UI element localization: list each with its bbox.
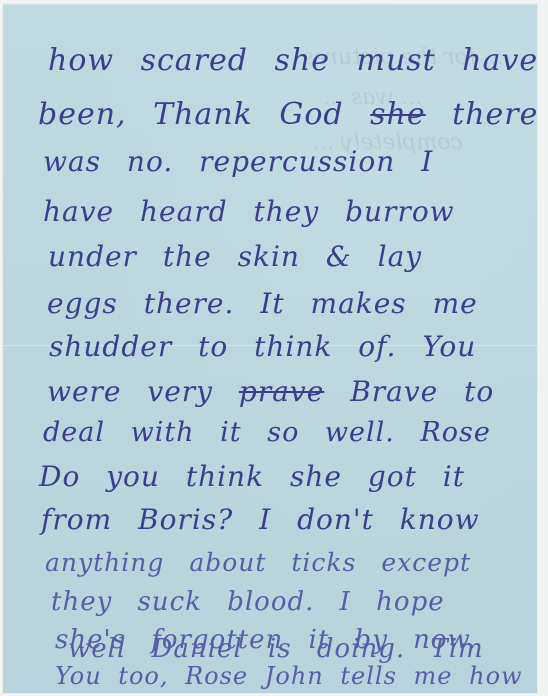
letter-page: ... for the pictures ... was ... complet… <box>3 4 537 693</box>
line-text: deal with it so well. Rose <box>43 417 491 448</box>
letter-line-16: well Daniel is doing. Tim <box>68 634 484 664</box>
letter-line-12: anything about ticks except <box>45 548 471 577</box>
line-text: under the skin & lay <box>48 240 422 273</box>
line-text: they suck blood. I hope <box>51 587 445 617</box>
letter-line-2: been, Thank God she there <box>38 97 538 132</box>
crossed-out-word: she <box>370 97 425 132</box>
letter-line-15: You too, Rose John tells me how <box>55 662 523 690</box>
line-text: from Boris? I don't know <box>41 503 480 536</box>
letter-line-4: have heard they burrow <box>43 195 455 228</box>
letter-line-1: how scared she must have <box>48 43 538 78</box>
letter-line-13: they suck blood. I hope <box>51 587 445 617</box>
line-text: shudder to think of. You <box>49 330 476 363</box>
letter-line-6: eggs there. It makes me <box>47 287 478 320</box>
line-text: well Daniel is doing. Tim <box>68 634 484 664</box>
letter-line-5: under the skin & lay <box>48 240 422 273</box>
line-text: anything about ticks except <box>45 548 471 577</box>
line-text: were very <box>47 375 213 408</box>
line-text: You too, Rose John tells me how <box>55 662 523 690</box>
letter-line-8: were very prave Brave to <box>47 375 494 408</box>
line-text: eggs there. It makes me <box>47 287 478 320</box>
letter-line-3: was no. repercussion I <box>43 145 433 178</box>
line-text: Brave to <box>350 375 494 408</box>
line-text: been, Thank God <box>38 97 344 132</box>
letter-line-9: deal with it so well. Rose <box>43 417 491 448</box>
line-text: was no. repercussion I <box>43 145 433 178</box>
crossed-out-word: prave <box>239 375 324 408</box>
line-text: there <box>452 97 538 132</box>
letter-line-10: Do you think she got it <box>39 460 465 493</box>
line-text: have heard they burrow <box>43 195 455 228</box>
line-text: Do you think she got it <box>39 460 465 493</box>
letter-line-7: shudder to think of. You <box>49 330 476 363</box>
letter-line-11: from Boris? I don't know <box>41 503 480 536</box>
line-text: how scared she must have <box>48 43 538 78</box>
